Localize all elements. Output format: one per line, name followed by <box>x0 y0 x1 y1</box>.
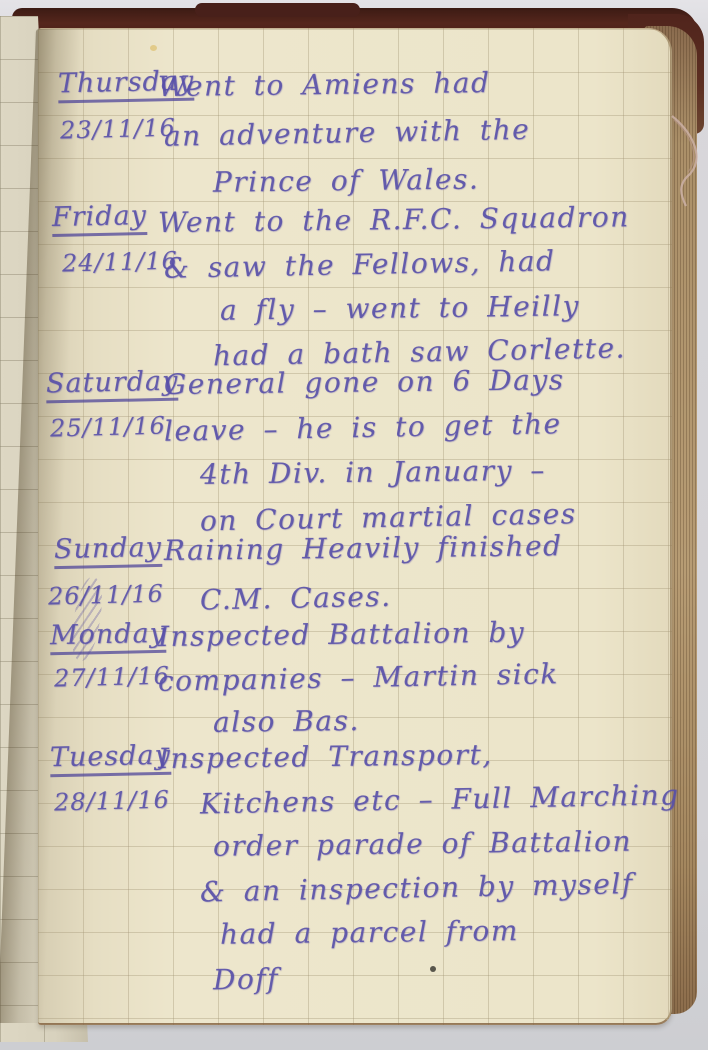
entry-line: an adventure with the <box>164 110 664 168</box>
entry-date: 27/11/16 <box>54 661 170 692</box>
entry-day: Friday <box>52 200 148 237</box>
entry-line: & saw the Fellows, had <box>164 242 664 296</box>
entry-text: Inspected Battalion by companies – Marti… <box>158 617 663 746</box>
entry-text: General gone on 6 Days leave – he is to … <box>158 365 663 545</box>
entry-line: Went to Amiens had <box>158 64 664 118</box>
entry-date: 25/11/16 <box>50 411 166 442</box>
entry-day: Tuesday <box>50 740 172 778</box>
entry-line: a fly – went to Heilly <box>220 288 664 337</box>
entry-text: Raining Heavily finished C.M. Cases. <box>158 531 663 627</box>
entry-line: Kitchens etc – Full Marching <box>200 779 664 832</box>
photo-scene: Thursday 23/11/16 Went to Amiens had an … <box>0 0 708 1050</box>
entry-line: Went to the R.F.C. Squadron <box>158 200 663 250</box>
entry-line: 4th Div. in January – <box>200 452 664 503</box>
entry-line: leave – he is to get the <box>164 405 664 460</box>
entry-date: 28/11/16 <box>54 785 170 816</box>
paper-speck <box>150 45 157 51</box>
entry-line: order parade of Battalion <box>213 824 664 873</box>
paper-speck <box>430 966 436 972</box>
entry-line: General gone on 6 Days <box>164 362 664 413</box>
entry-text: Went to Amiens had an adventure with the… <box>158 67 663 211</box>
entry-line: Inspected Transport, <box>158 736 663 786</box>
entry-day: Sunday <box>54 532 163 569</box>
entry-text: Went to the R.F.C. Squadron & saw the Fe… <box>158 203 663 379</box>
entry-text: Inspected Transport, Kitchens etc – Full… <box>158 739 663 1003</box>
entry-line: companies – Martin sick <box>158 655 664 708</box>
loose-thread <box>668 112 708 212</box>
entry-line: Raining Heavily finished <box>164 528 664 582</box>
entry-date: 26/11/16 <box>48 579 164 610</box>
notebook-cover-edge-bump <box>195 3 360 17</box>
entry-line: Doff <box>213 955 664 1008</box>
diary-page: Thursday 23/11/16 Went to Amiens had an … <box>38 28 672 1025</box>
entry-line: & an inspection by myself <box>200 867 664 920</box>
entry-line: had a parcel from <box>220 912 664 961</box>
entry-day: Monday <box>50 618 167 655</box>
